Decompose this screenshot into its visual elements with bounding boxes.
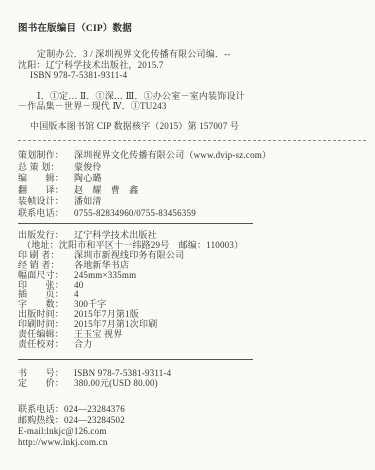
publishing-info-block: 出版发行： 辽宁科学技术出版社 （地址：沈阳市和平区十一纬路29号 邮编：110… bbox=[18, 231, 367, 350]
spacer bbox=[18, 81, 367, 91]
inserts-row: 插 页： 4 bbox=[18, 290, 367, 300]
row-label: 书 号： bbox=[18, 368, 74, 379]
responsible-editor-row: 责任编辑： 王玉宝 视界 bbox=[18, 330, 367, 340]
credit-row-designer: 装帧设计： 潘如清 bbox=[18, 196, 367, 208]
row-label: 总 策 划： bbox=[18, 162, 74, 174]
cip-subject-line-2: －作品集－世界－现代 Ⅳ．①TU243 bbox=[18, 101, 367, 112]
distributor-row: 经 销 者： 各地新华书店 bbox=[18, 261, 367, 271]
mail-order-hotline-line: 邮购热线：024—23284502 bbox=[18, 415, 367, 426]
row-label: 定 价： bbox=[18, 378, 74, 389]
row-value: 245mm×335mm bbox=[74, 271, 367, 281]
credit-row-editor: 编 辑： 陶心璐 bbox=[18, 173, 367, 185]
cip-heading: 图书在版编目（CIP）数据 bbox=[18, 20, 367, 34]
row-value: 深圳视界文化传播有限公司（www.dvip-sz.com） bbox=[74, 150, 367, 162]
row-value: 4 bbox=[74, 290, 367, 300]
row-label: 翻 译： bbox=[18, 185, 74, 197]
website-line: http://www.lnkj.com.cn bbox=[18, 437, 367, 448]
row-value: 0755-82834960/0755-83456359 bbox=[74, 208, 367, 220]
price-block: 书 号： ISBN 978-7-5381-9311-4 定 价： 380.00元… bbox=[18, 368, 367, 389]
credit-row-phone: 联系电话： 0755-82834960/0755-83456359 bbox=[18, 208, 367, 220]
row-value: ISBN 978-7-5381-9311-4 bbox=[74, 368, 367, 379]
row-label: 装帧设计： bbox=[18, 196, 74, 208]
publish-date-row: 出版时间： 2015年7月第1版 bbox=[18, 310, 367, 320]
row-value: 40 bbox=[74, 281, 367, 291]
row-value: 王玉宝 视界 bbox=[74, 330, 367, 340]
credit-row-chief-planner: 总 策 划： 蒙俊伶 bbox=[18, 162, 367, 174]
credit-row-translator: 翻 译： 赵 耀 曹 鑫 bbox=[18, 185, 367, 197]
email-line: E-mail:lnkjc@126.com bbox=[18, 426, 367, 437]
row-value: 合力 bbox=[74, 340, 367, 350]
colophon-page: 图书在版编目（CIP）数据 定制办公．3 / 深圳视界文化传播有限公司编．-- … bbox=[0, 0, 375, 470]
row-label: 策划制作： bbox=[18, 150, 74, 162]
row-label: 联系电话： bbox=[18, 208, 74, 220]
row-label: 责任校对： bbox=[18, 340, 74, 350]
solid-divider bbox=[18, 359, 253, 360]
contact-block: 联系电话：024—23284376 邮购热线：024—23284502 E-ma… bbox=[18, 404, 367, 448]
row-label: 编 辑： bbox=[18, 173, 74, 185]
cip-citation-line-2: 沈阳：辽宁科学技术出版社，2015.7 bbox=[18, 60, 367, 71]
cip-isbn-line: ISBN 978-7-5381-9311-4 bbox=[18, 70, 367, 81]
row-value: 380.00元(USD 80.00) bbox=[74, 378, 367, 389]
row-value: 赵 耀 曹 鑫 bbox=[74, 185, 367, 197]
cip-block: 定制办公．3 / 深圳视界文化传播有限公司编．-- 沈阳：辽宁科学技术出版社，2… bbox=[18, 49, 367, 131]
price-row: 定 价： 380.00元(USD 80.00) bbox=[18, 378, 367, 389]
cip-record-number: 中国版本图书馆 CIP 数据核字（2015）第 157007 号 bbox=[18, 121, 367, 132]
credit-row-planning: 策划制作： 深圳视界文化传播有限公司（www.dvip-sz.com） bbox=[18, 150, 367, 162]
dimensions-row: 幅面尺寸： 245mm×335mm bbox=[18, 271, 367, 281]
row-value: 陶心璐 bbox=[74, 173, 367, 185]
word-count-row: 字 数： 300千字 bbox=[18, 300, 367, 310]
cip-citation-line-1: 定制办公．3 / 深圳视界文化传播有限公司编．-- bbox=[18, 49, 367, 60]
contact-phone-line: 联系电话：024—23284376 bbox=[18, 404, 367, 415]
production-credits-block: 策划制作： 深圳视界文化传播有限公司（www.dvip-sz.com） 总 策 … bbox=[18, 150, 367, 219]
row-value: （地址：沈阳市和平区十一纬路29号 邮编：110003） bbox=[20, 241, 367, 251]
cip-subject-line-1: Ⅰ．①定… Ⅱ．①深… Ⅲ．①办公室－室内装饰设计 bbox=[18, 91, 367, 102]
book-number-row: 书 号： ISBN 978-7-5381-9311-4 bbox=[18, 368, 367, 379]
print-date-row: 印刷时间： 2015年7月第1次印刷 bbox=[18, 320, 367, 330]
publisher-address-line: （地址：沈阳市和平区十一纬路29号 邮编：110003） bbox=[18, 241, 367, 251]
sheets-row: 印 张： 40 bbox=[18, 281, 367, 291]
proofreader-row: 责任校对： 合力 bbox=[18, 340, 367, 350]
solid-divider bbox=[18, 223, 253, 224]
row-value: 蒙俊伶 bbox=[74, 162, 367, 174]
row-value: 潘如清 bbox=[74, 196, 367, 208]
dashed-divider bbox=[18, 140, 366, 141]
printer-row: 印 刷 者： 深圳市新视线印务有限公司 bbox=[18, 251, 367, 261]
